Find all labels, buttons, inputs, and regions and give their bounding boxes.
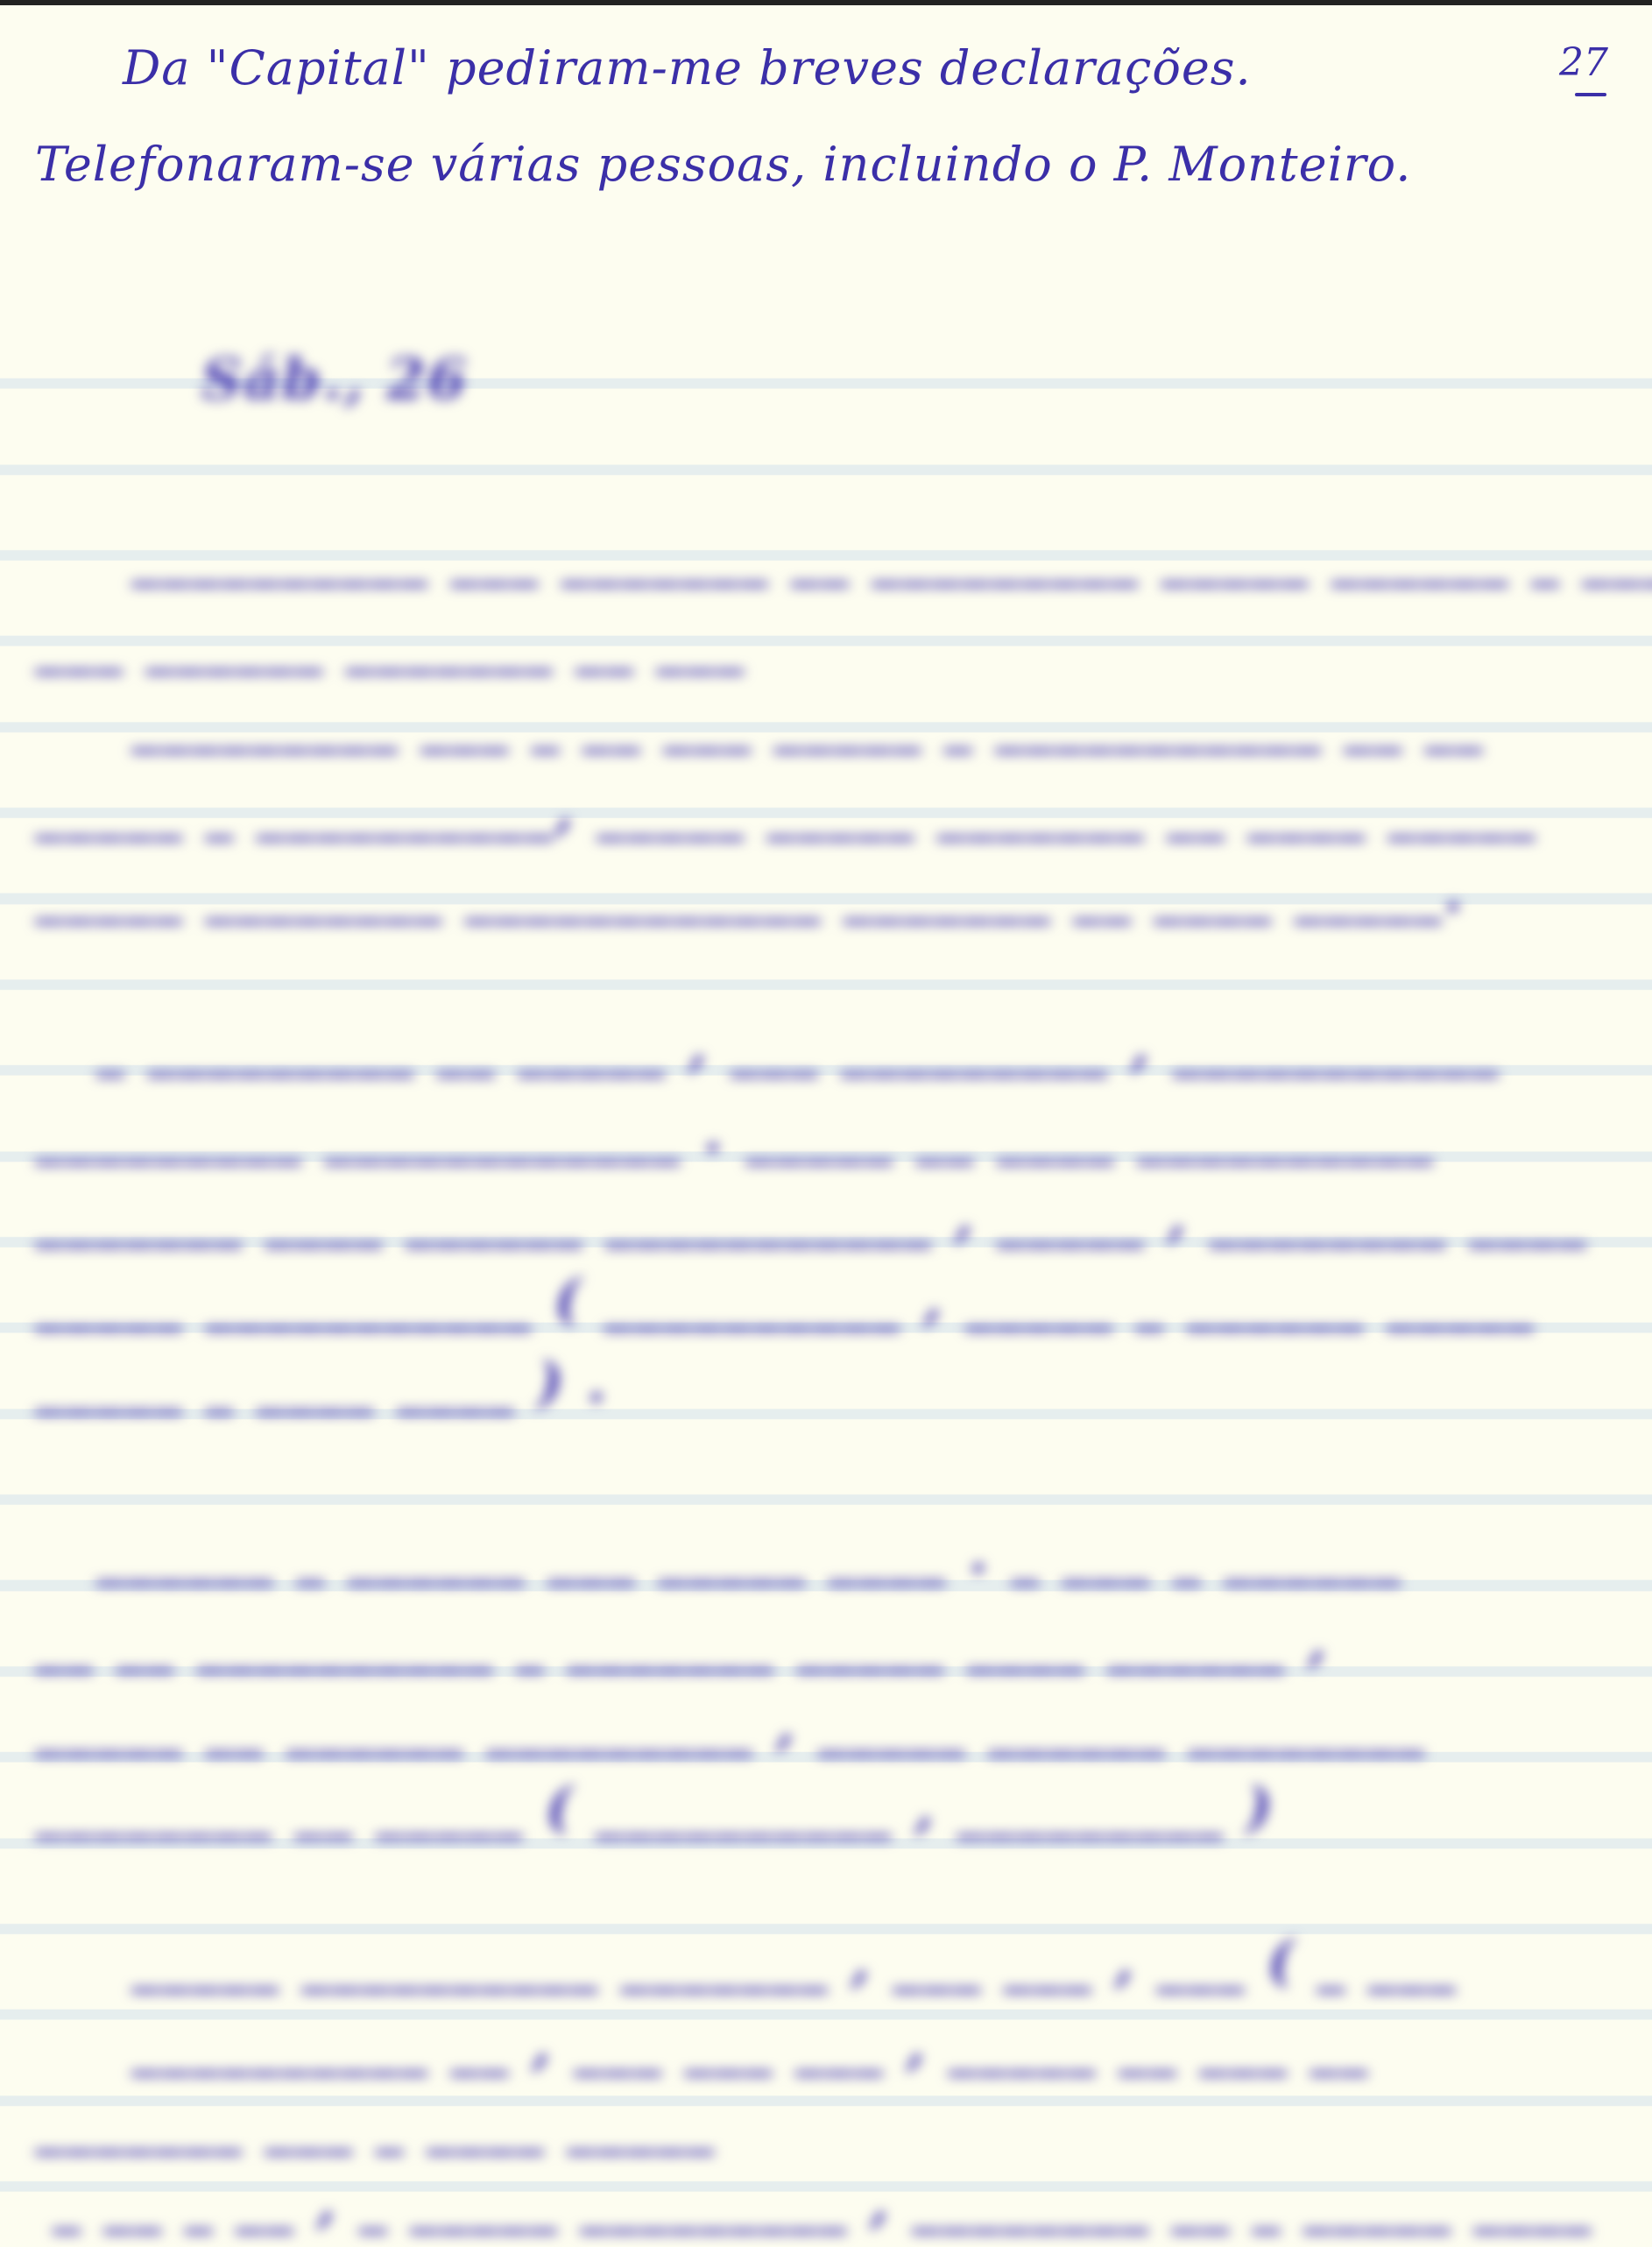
blurred-line: ________ __ _____ ( __________ , _______… — [35, 1775, 1274, 1841]
blurred-line: _______ ____ ______ ___________ , _____ … — [35, 1184, 1588, 1249]
blurred-date-heading: Sáb., 26 — [201, 347, 468, 413]
page-number-underline — [1575, 93, 1606, 96]
page-number: 27 — [1559, 40, 1608, 85]
blurred-line: _________ ___ _ __ ___ _____ _ _________… — [131, 689, 1485, 754]
blurred-line: ___ ______ _______ __ ___ — [35, 610, 745, 675]
blurred-line: _____ _ __________, _____ _____ _______ … — [35, 776, 1537, 842]
blurred-line: _______ ___ _ ____ _____ — [35, 2090, 716, 2156]
blurred-line: _____ ___________ ( __________ , _____ _… — [35, 1267, 1536, 1332]
blurred-line: _ __ _ __ , _ _____ _________ , ________… — [53, 2169, 1592, 2235]
blurred-line: __ __ __________ _ _______ _____ ____ __… — [35, 1608, 1329, 1674]
blurred-line: __________ __ , ___ ___ ___ , _____ __ _… — [131, 2011, 1369, 2077]
blurred-line: _ _________ __ _____ , ___ _________ , _… — [96, 1013, 1500, 1078]
blurred-line: _________ ____________ . _____ __ ____ _… — [35, 1100, 1435, 1166]
notebook-page: 27 Da "Capital" pediram-me breves declar… — [0, 5, 1652, 2247]
blurred-line: _____ __ ______ _________ , _____ ______… — [35, 1692, 1426, 1757]
blurred-line: _____ __________ _______ , ___ ___ , ___… — [131, 1928, 1458, 1994]
blurred-line: _____ _ ____ ____ ) . — [35, 1350, 608, 1416]
blurred-line: _____ ________ ____________ _______ __ _… — [35, 859, 1465, 925]
blurred-line: __________ ___ _______ __ _________ ____… — [131, 522, 1652, 588]
blurred-line: ______ _ ______ ___ _____ ____ . _ ___ _… — [96, 1521, 1402, 1586]
header-line-2: Telefonaram-se várias pessoas, incluindo… — [35, 137, 1411, 192]
header-line-1: Da "Capital" pediram-me breves declaraçõ… — [123, 40, 1252, 95]
